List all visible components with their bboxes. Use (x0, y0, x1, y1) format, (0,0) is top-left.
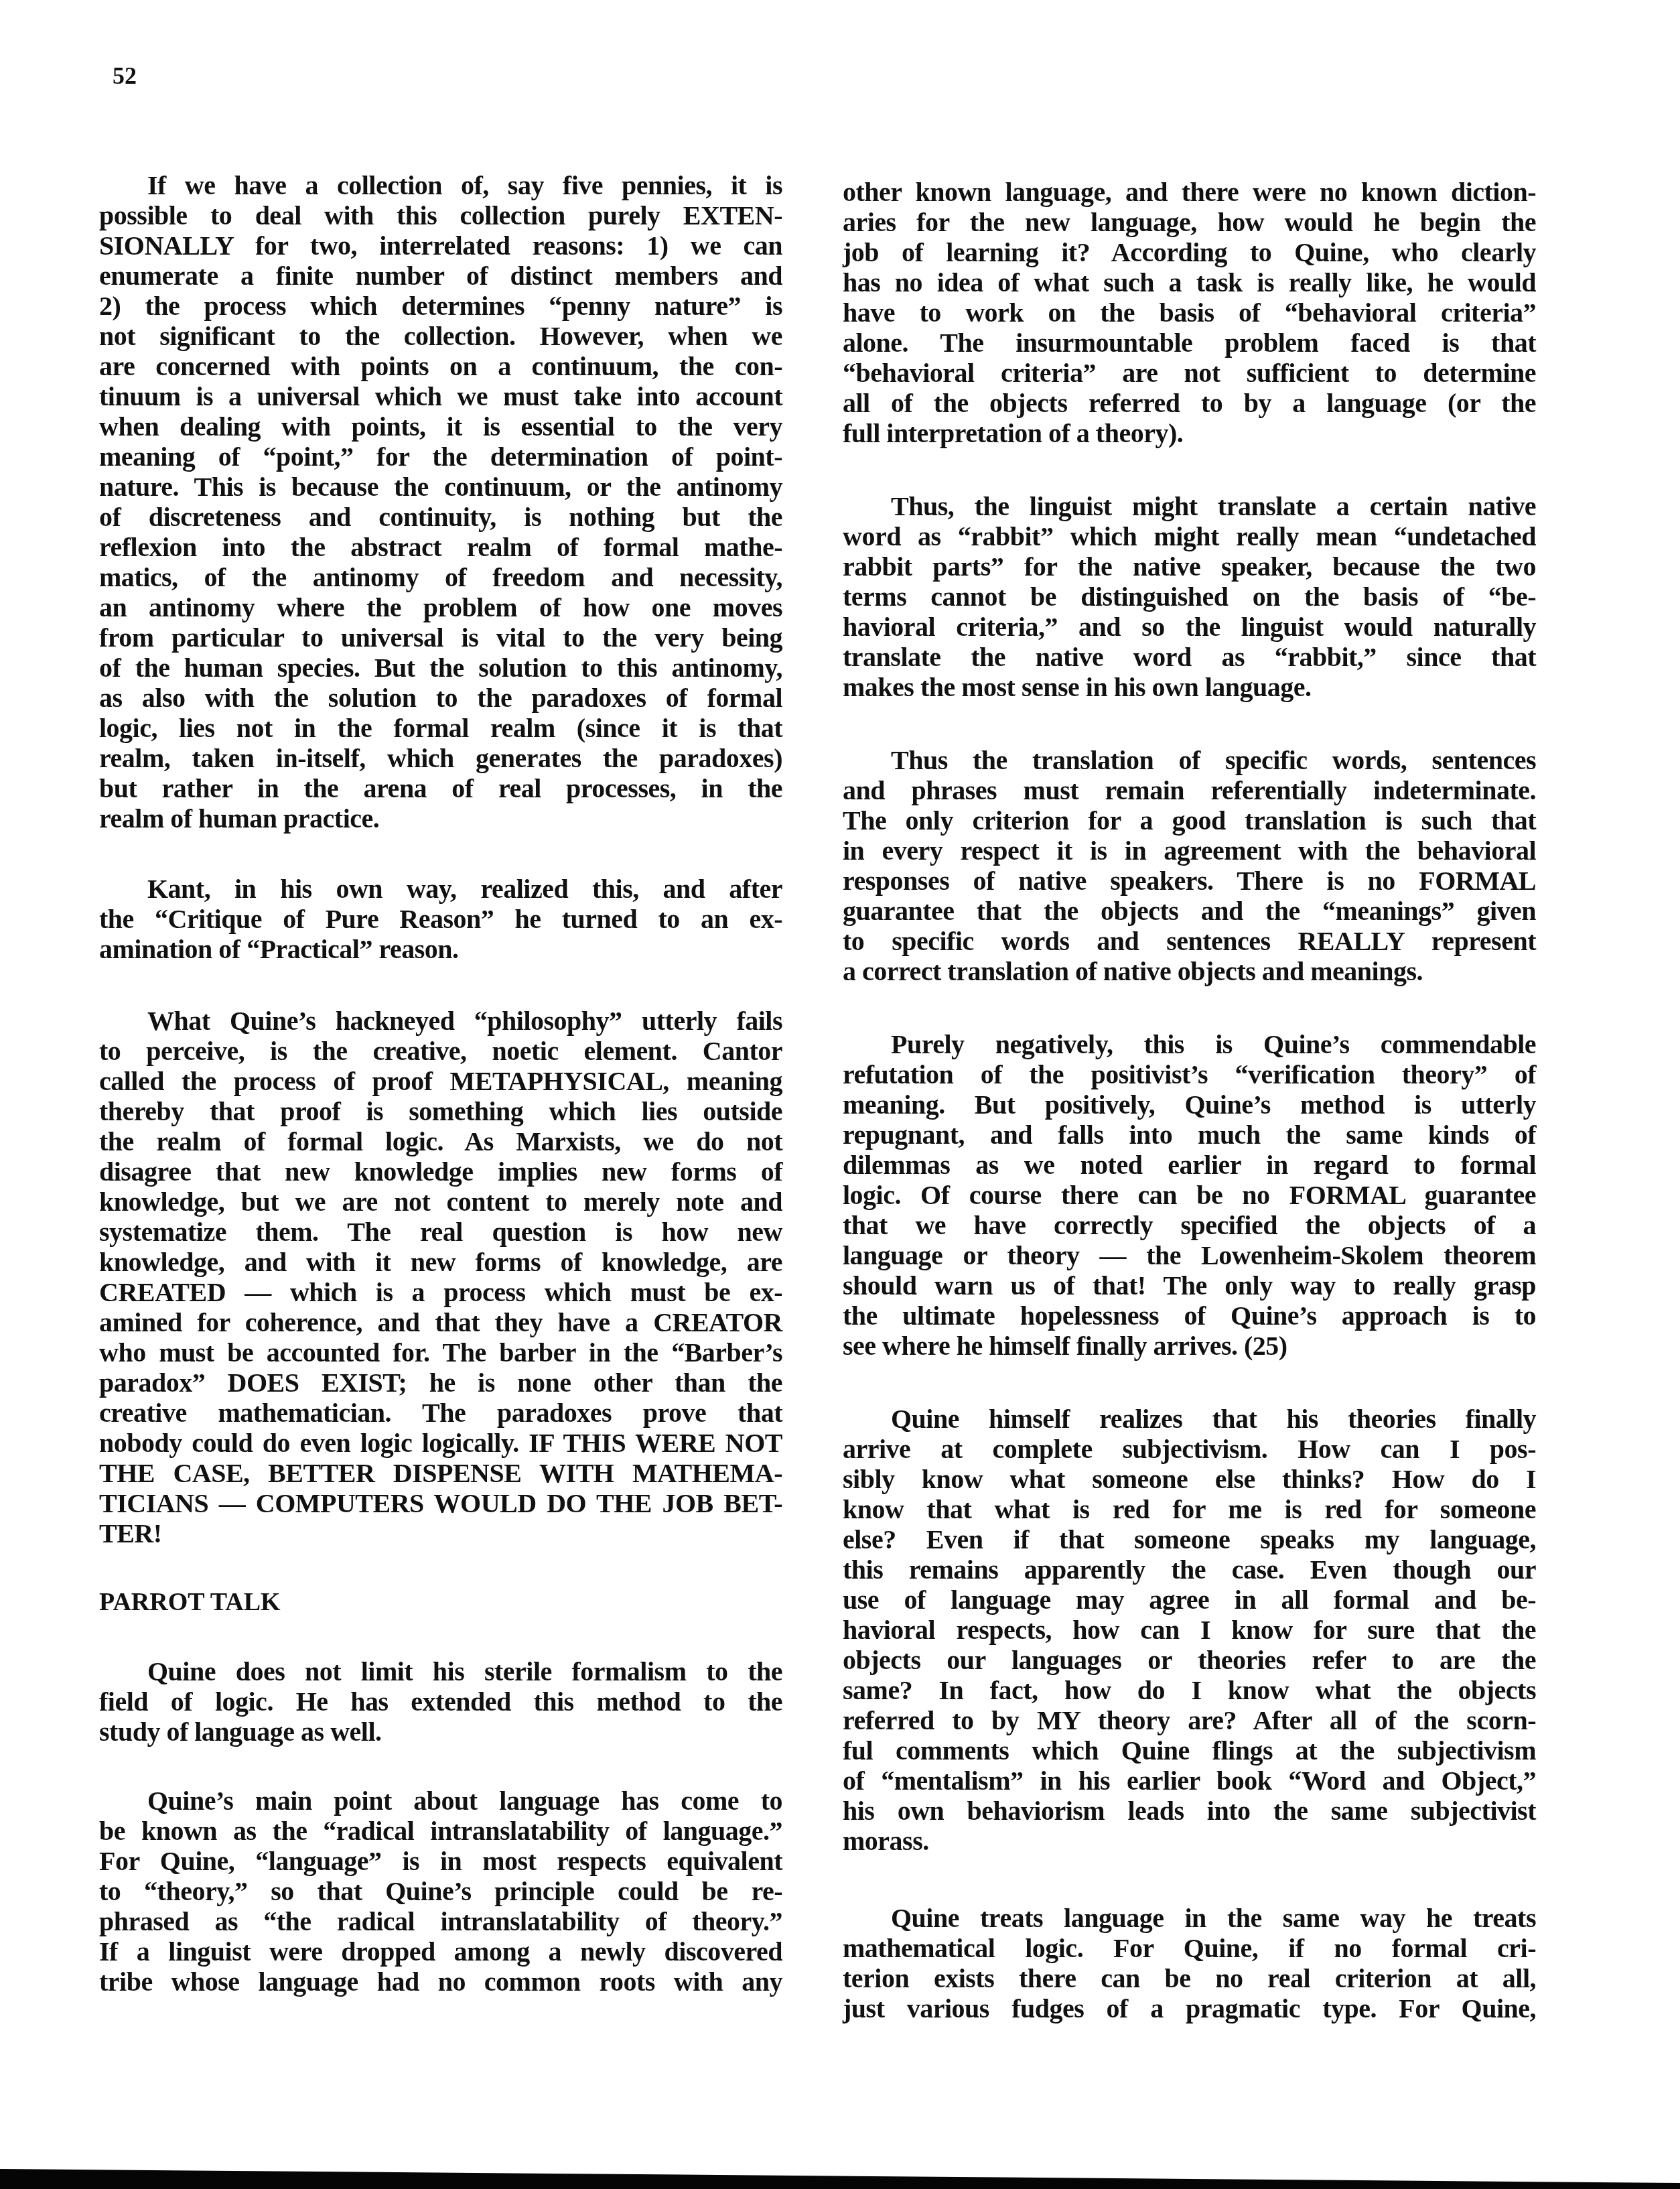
text-line: knowledge, but we are not content to mer… (99, 1187, 782, 1217)
text-line: creative mathematician. The paradoxes pr… (99, 1398, 782, 1428)
text-line: the realm of formal logic. As Marxists, … (99, 1126, 782, 1156)
text-line: THE CASE, BETTER DISPENSE WITH MATHEMA- (99, 1458, 782, 1488)
text-line: amination of “Practical” reason. (99, 934, 782, 964)
text-line: when dealing with points, it is essentia… (99, 411, 782, 442)
text-line: rabbit parts” for the native speaker, be… (843, 551, 1536, 582)
text-line: meaning. But positively, Quine’s method … (843, 1089, 1536, 1120)
paragraph: Quine treats language in the same way he… (843, 1903, 1536, 2024)
text-line: the “Critique of Pure Reason” he turned … (99, 904, 782, 934)
text-line: nobody could do even logic logically. IF… (99, 1428, 782, 1458)
text-line: just various fudges of a pragmatic type.… (843, 1993, 1536, 2024)
text-line: havioral respects, how can I know for su… (843, 1615, 1536, 1645)
text-line: mathematical logic. For Quine, if no for… (843, 1933, 1536, 1963)
text-line: knowledge, and with it new forms of know… (99, 1247, 782, 1277)
text-line: the ultimate hopelessness of Quine’s app… (843, 1301, 1536, 1331)
text-line: thereby that proof is something which li… (99, 1096, 782, 1126)
text-line: to specific words and sentences REALLY r… (843, 926, 1536, 956)
text-line: as also with the solution to the paradox… (99, 683, 782, 713)
text-line: sibly know what someone else thinks? How… (843, 1464, 1536, 1494)
text-line: responses of native speakers. There is n… (843, 866, 1536, 896)
text-line: refutation of the positivist’s “verifica… (843, 1059, 1536, 1089)
text-line: of the human species. But the solution t… (99, 653, 782, 683)
text-line: terms cannot be distinguished on the bas… (843, 582, 1536, 612)
paragraph: Quine himself realizes that his theories… (843, 1404, 1536, 1856)
text-line: logic. Of course there can be no FORMAL … (843, 1180, 1536, 1210)
text-line: an antinomy where the problem of how one… (99, 592, 782, 622)
text-line: Quine does not limit his sterile formali… (99, 1656, 782, 1686)
text-line: a correct translation of native objects … (843, 956, 1536, 986)
text-line: terion exists there can be no real crite… (843, 1963, 1536, 1993)
text-line: reflexion into the abstract realm of for… (99, 532, 782, 562)
text-line: disagree that new knowledge implies new … (99, 1156, 782, 1187)
text-line: to perceive, is the creative, noetic ele… (99, 1036, 782, 1066)
text-line: field of logic. He has extended this met… (99, 1686, 782, 1717)
text-line: meaning of “point,” for the determinatio… (99, 442, 782, 472)
text-line: all of the objects referred to by a lang… (843, 388, 1536, 418)
text-line: matics, of the antinomy of freedom and n… (99, 562, 782, 592)
text-line: The only criterion for a good translatio… (843, 805, 1536, 836)
paragraph-gap (99, 964, 782, 1006)
text-line: full interpretation of a theory). (843, 418, 1536, 448)
text-line: TER! (99, 1518, 782, 1548)
text-line: 2) the process which determines “penny n… (99, 291, 782, 321)
text-line: logic, lies not in the formal realm (sin… (99, 713, 782, 743)
text-line: have to work on the basis of “behavioral… (843, 297, 1536, 328)
text-line: guarantee that the objects and the “mean… (843, 896, 1536, 926)
text-line: Quine’s main point about language has co… (99, 1786, 782, 1816)
text-line: word as “rabbit” which might really mean… (843, 521, 1536, 551)
text-line: realm of human practice. (99, 803, 782, 834)
text-line: ful comments which Quine flings at the s… (843, 1735, 1536, 1766)
text-line: Kant, in his own way, realized this, and… (99, 874, 782, 904)
text-line: arrive at complete subjectivism. How can… (843, 1434, 1536, 1464)
text-line: makes the most sense in his own language… (843, 672, 1536, 702)
text-line: phrased as “the radical intranslatabilit… (99, 1906, 782, 1936)
scanned-page: 52 If we have a collection of, say five … (0, 0, 1680, 2189)
paragraph: other known language, and there were no … (843, 177, 1536, 448)
paragraph-gap (99, 1548, 782, 1587)
text-line: havioral criteria,” and so the linguist … (843, 612, 1536, 642)
text-line: Purely negatively, this is Quine’s comme… (843, 1029, 1536, 1059)
paragraph-gap (843, 1361, 1536, 1404)
paragraph-gap (843, 1856, 1536, 1903)
text-line: possible to deal with this collection pu… (99, 200, 782, 230)
text-line: other known language, and there were no … (843, 177, 1536, 207)
scan-edge-bar (0, 2169, 1680, 2189)
text-line: “behavioral criteria” are not sufficient… (843, 358, 1536, 388)
text-line: enumerate a finite number of distinct me… (99, 261, 782, 291)
paragraph: Kant, in his own way, realized this, and… (99, 874, 782, 964)
text-line: from particular to universal is vital to… (99, 622, 782, 653)
text-line: paradox” DOES EXIST; he is none other th… (99, 1368, 782, 1398)
text-line: of discreteness and continuity, is nothi… (99, 502, 782, 532)
text-line: study of language as well. (99, 1717, 782, 1747)
paragraph-gap (99, 1747, 782, 1786)
paragraph-gap (99, 1617, 782, 1656)
text-line: same? In fact, how do I know what the ob… (843, 1675, 1536, 1705)
text-line: should warn us of that! The only way to … (843, 1270, 1536, 1301)
text-line: translate the native word as “rabbit,” s… (843, 642, 1536, 672)
text-line: but rather in the arena of real processe… (99, 773, 782, 803)
text-line: use of language may agree in all formal … (843, 1585, 1536, 1615)
text-line: are concerned with points on a continuum… (99, 351, 782, 381)
text-line: dilemmas as we noted earlier in regard t… (843, 1150, 1536, 1180)
paragraph: What Quine’s hackneyed “philosophy” utte… (99, 1006, 782, 1548)
text-line: If we have a collection of, say five pen… (99, 170, 782, 200)
right-column: other known language, and there were no … (843, 177, 1536, 2024)
text-line: CREATED — which is a process which must … (99, 1277, 782, 1307)
text-line: be known as the “radical intranslatabili… (99, 1816, 782, 1846)
paragraph-gap (843, 986, 1536, 1029)
text-line: his own behaviorism leads into the same … (843, 1796, 1536, 1826)
text-line: tinuum is a universal which we must take… (99, 381, 782, 411)
text-line: systematize them. The real question is h… (99, 1217, 782, 1247)
text-line: Quine treats language in the same way he… (843, 1903, 1536, 1933)
text-line: morass. (843, 1826, 1536, 1856)
left-column: If we have a collection of, say five pen… (99, 170, 782, 1997)
paragraph: Quine’s main point about language has co… (99, 1786, 782, 1997)
text-line: Quine himself realizes that his theories… (843, 1404, 1536, 1434)
text-line: of “mentalism” in his earlier book “Word… (843, 1766, 1536, 1796)
page-number: 52 (113, 62, 137, 90)
text-line: not significant to the collection. Howev… (99, 321, 782, 351)
text-line: else? Even if that someone speaks my lan… (843, 1524, 1536, 1554)
text-line: SIONALLY for two, interrelated reasons: … (99, 230, 782, 261)
text-line: amined for coherence, and that they have… (99, 1307, 782, 1337)
paragraph: Thus the translation of specific words, … (843, 745, 1536, 986)
text-line: know that what is red for me is red for … (843, 1494, 1536, 1524)
text-line: see where he himself finally arrives. (2… (843, 1331, 1536, 1361)
text-line: TICIANS — COMPUTERS WOULD DO THE JOB BET… (99, 1488, 782, 1518)
paragraph: If we have a collection of, say five pen… (99, 170, 782, 834)
text-line: language or theory — the Lowenheim-Skole… (843, 1240, 1536, 1270)
text-line: What Quine’s hackneyed “philosophy” utte… (99, 1006, 782, 1036)
section-heading: PARROT TALK (99, 1587, 782, 1617)
paragraph: Thus, the linguist might translate a cer… (843, 491, 1536, 702)
paragraph: Quine does not limit his sterile formali… (99, 1656, 782, 1747)
paragraph-gap (99, 834, 782, 874)
text-line: realm, taken in-itself, which generates … (99, 743, 782, 773)
text-line: Thus the translation of specific words, … (843, 745, 1536, 775)
text-line: aries for the new language, how would he… (843, 207, 1536, 237)
text-line: has no idea of what such a task is reall… (843, 267, 1536, 297)
text-line: job of learning it? According to Quine, … (843, 237, 1536, 267)
text-line: If a linguist were dropped among a newly… (99, 1936, 782, 1967)
text-line: this remains apparently the case. Even t… (843, 1554, 1536, 1585)
text-line: repugnant, and falls into much the same … (843, 1120, 1536, 1150)
text-line: that we have correctly specified the obj… (843, 1210, 1536, 1240)
text-line: For Quine, “language” is in most respect… (99, 1846, 782, 1876)
paragraph-gap (843, 702, 1536, 745)
text-line: alone. The insurmountable problem faced … (843, 328, 1536, 358)
paragraph: Purely negatively, this is Quine’s comme… (843, 1029, 1536, 1361)
paragraph-gap (843, 448, 1536, 491)
text-line: tribe whose language had no common roots… (99, 1967, 782, 1997)
text-line: to “theory,” so that Quine’s principle c… (99, 1876, 782, 1906)
text-line: who must be accounted for. The barber in… (99, 1337, 782, 1368)
text-line: objects our languages or theories refer … (843, 1645, 1536, 1675)
text-line: referred to by MY theory are? After all … (843, 1705, 1536, 1735)
text-line: called the process of proof METAPHYSICAL… (99, 1066, 782, 1096)
text-line: Thus, the linguist might translate a cer… (843, 491, 1536, 521)
text-line: in every respect it is in agreement with… (843, 836, 1536, 866)
text-line: and phrases must remain referentially in… (843, 775, 1536, 805)
text-line: nature. This is because the continuum, o… (99, 472, 782, 502)
